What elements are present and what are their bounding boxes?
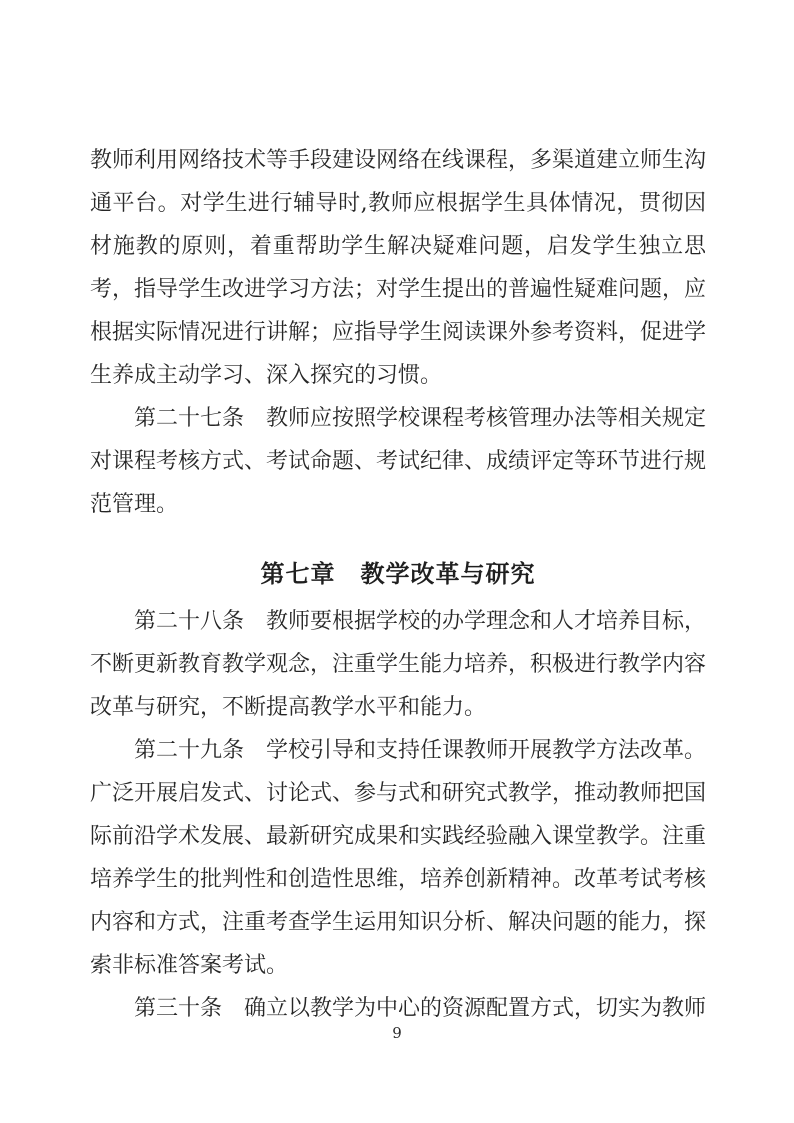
document-paragraph: 第二十八条 教师要根据学校的办学理念和人才培养目标，不断更新教育教学观念，注重学…: [90, 600, 706, 729]
document-content: 教师利用网络技术等手段建设网络在线课程，多渠道建立师生沟通平台。对学生进行辅导时…: [90, 139, 706, 1030]
document-paragraph: 第二十七条 教师应按照学校课程考核管理办法等相关规定对课程考核方式、考试命题、考…: [90, 397, 706, 526]
page-number: 9: [392, 1024, 402, 1042]
page-footer: 9: [0, 1024, 794, 1042]
document-paragraph: 第二十九条 学校引导和支持任课教师开展教学方法改革。广泛开展启发式、讨论式、参与…: [90, 729, 706, 987]
document-page: 教师利用网络技术等手段建设网络在线课程，多渠道建立师生沟通平台。对学生进行辅导时…: [0, 0, 794, 1123]
chapter-heading: 第七章 教学改革与研究: [90, 550, 706, 598]
document-paragraph: 教师利用网络技术等手段建设网络在线课程，多渠道建立师生沟通平台。对学生进行辅导时…: [90, 139, 706, 397]
